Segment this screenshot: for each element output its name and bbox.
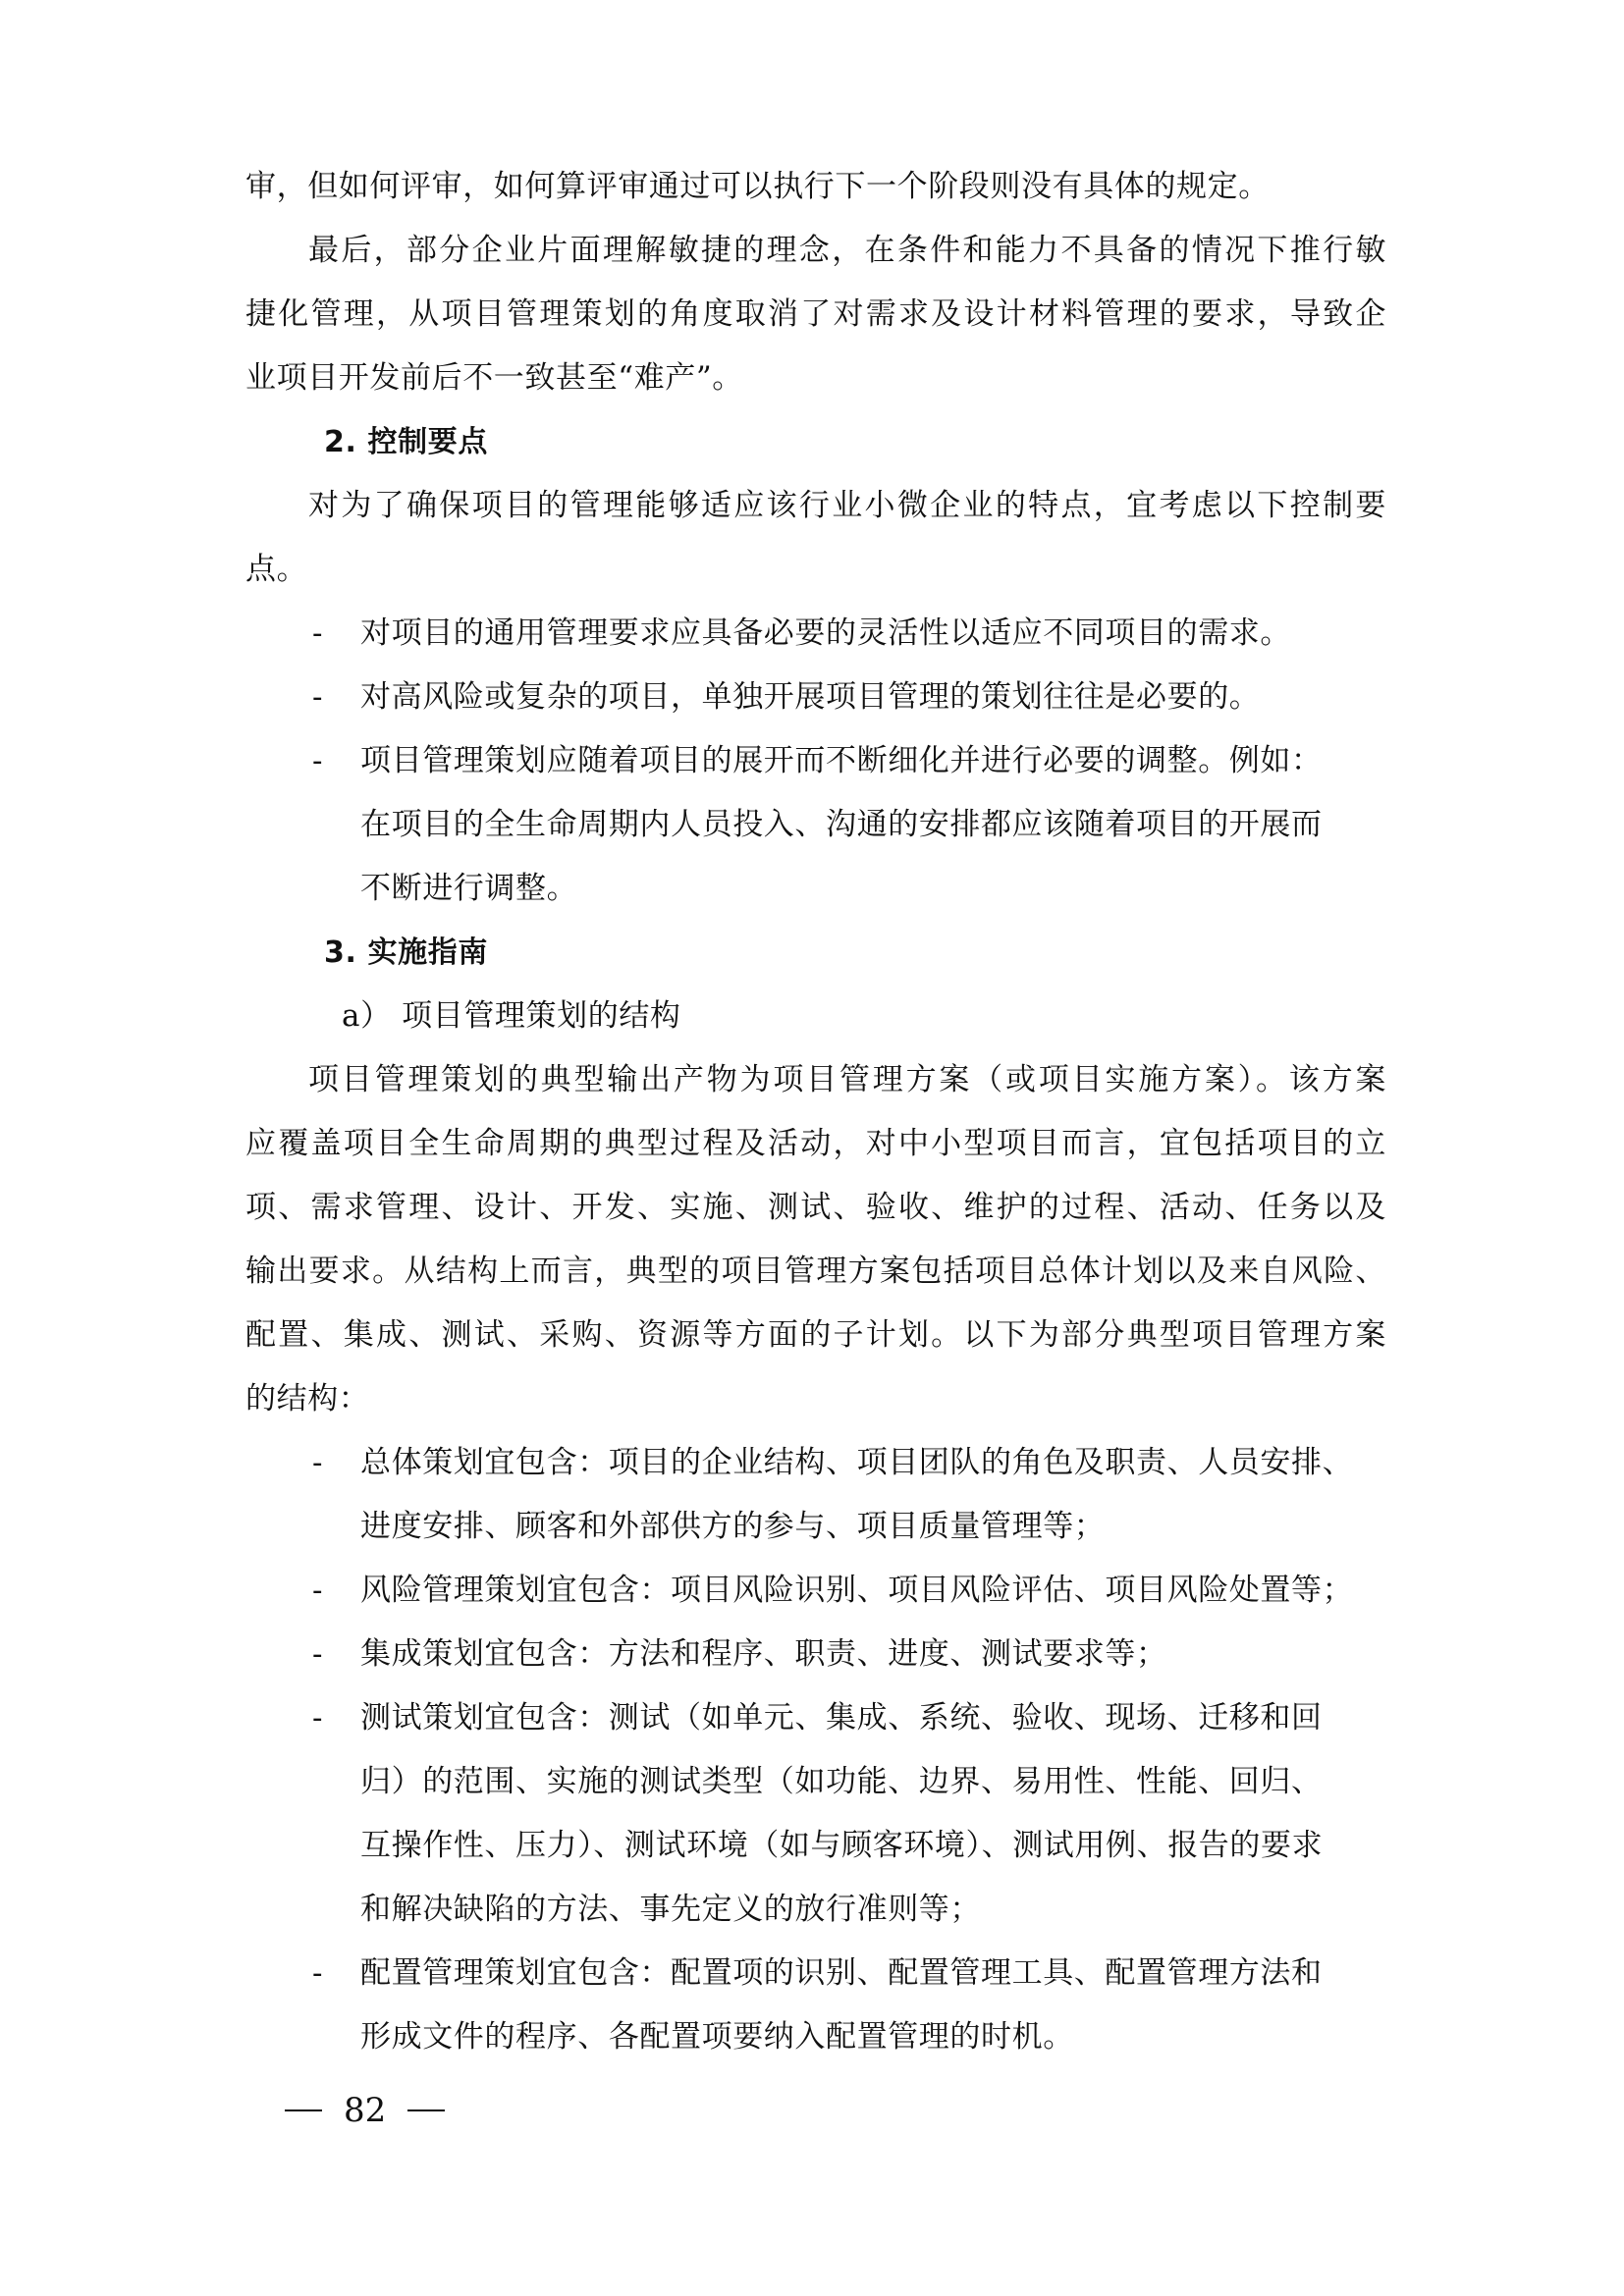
document-page: 审，但如何评审，如何算评审通过可以执行下一个阶段则没有具体的规定。 最后，部分企… bbox=[245, 155, 1386, 2069]
dash-bullet-icon: - bbox=[312, 602, 323, 666]
dash-bullet-icon: - bbox=[312, 1559, 323, 1623]
bullet-text: 风险管理策划宜包含：项目风险识别、项目风险评估、项目风险处置等； bbox=[360, 1573, 1353, 1608]
dash-bullet-icon: - bbox=[312, 666, 323, 729]
bullet-continuation: 在项目的全生命周期内人员投入、沟通的安排都应该随着项目的开展而 bbox=[245, 793, 1386, 857]
bullet-text: 测试策划宜包含：测试（如单元、集成、系统、验收、现场、迁移和回 bbox=[360, 1700, 1323, 1735]
em-dash-right-icon bbox=[407, 2109, 445, 2111]
paragraph-line: 的结构： bbox=[245, 1367, 1386, 1431]
bullet-continuation: 不断进行调整。 bbox=[245, 857, 1386, 921]
bullet-continuation: 形成文件的程序、各配置项要纳入配置管理的时机。 bbox=[245, 2005, 1386, 2069]
page-number-footer: 82 bbox=[285, 2091, 445, 2130]
bullet-continuation: 归）的范围、实施的测试类型（如功能、边界、易用性、性能、回归、 bbox=[245, 1750, 1386, 1814]
bullet-item: - 配置管理策划宜包含：配置项的识别、配置管理工具、配置管理方法和 bbox=[245, 1942, 1386, 2005]
bullet-item: - 对高风险或复杂的项目，单独开展项目管理的策划往往是必要的。 bbox=[245, 666, 1386, 729]
paragraph-continuation-line: 审，但如何评审，如何算评审通过可以执行下一个阶段则没有具体的规定。 bbox=[245, 155, 1386, 219]
bullet-item: - 对项目的通用管理要求应具备必要的灵活性以适应不同项目的需求。 bbox=[245, 602, 1386, 666]
dash-bullet-icon: - bbox=[312, 1686, 323, 1750]
bullet-item: - 测试策划宜包含：测试（如单元、集成、系统、验收、现场、迁移和回 bbox=[245, 1686, 1386, 1750]
section-heading-control-points: 2. 控制要点 bbox=[245, 410, 1386, 474]
em-dash-left-icon bbox=[285, 2109, 322, 2111]
paragraph-line: 对为了确保项目的管理能够适应该行业小微企业的特点，宜考虑以下控制要 bbox=[245, 474, 1386, 538]
bullet-text: 对项目的通用管理要求应具备必要的灵活性以适应不同项目的需求。 bbox=[360, 615, 1291, 651]
dash-bullet-icon: - bbox=[312, 729, 323, 793]
paragraph-line: 配置、集成、测试、采购、资源等方面的子计划。以下为部分典型项目管理方案 bbox=[245, 1304, 1386, 1367]
paragraph-line: 应覆盖项目全生命周期的典型过程及活动，对中小型项目而言，宜包括项目的立 bbox=[245, 1112, 1386, 1176]
dash-bullet-icon: - bbox=[312, 1623, 323, 1686]
bullet-text: 配置管理策划宜包含：配置项的识别、配置管理工具、配置管理方法和 bbox=[360, 1955, 1323, 1991]
paragraph-line: 业项目开发前后不一致甚至“难产”。 bbox=[245, 347, 1386, 410]
section-heading-implementation-guide: 3. 实施指南 bbox=[245, 921, 1386, 985]
bullet-continuation: 互操作性、压力）、测试环境（如与顾客环境）、测试用例、报告的要求 bbox=[245, 1814, 1386, 1878]
bullet-text: 总体策划宜包含：项目的企业结构、项目团队的角色及职责、人员安排、 bbox=[360, 1445, 1353, 1480]
bullet-continuation: 进度安排、顾客和外部供方的参与、项目质量管理等； bbox=[245, 1495, 1386, 1559]
bullet-continuation: 和解决缺陷的方法、事先定义的放行准则等； bbox=[245, 1878, 1386, 1942]
paragraph-line: 项、需求管理、设计、开发、实施、测试、验收、维护的过程、活动、任务以及 bbox=[245, 1176, 1386, 1240]
paragraph-line: 点。 bbox=[245, 538, 1386, 602]
dash-bullet-icon: - bbox=[312, 1942, 323, 2005]
bullet-item: - 项目管理策划应随着项目的展开而不断细化并进行必要的调整。例如： bbox=[245, 729, 1386, 793]
paragraph-line: 最后，部分企业片面理解敏捷的理念，在条件和能力不具备的情况下推行敏 bbox=[245, 219, 1386, 283]
bullet-item: - 集成策划宜包含：方法和程序、职责、进度、测试要求等； bbox=[245, 1623, 1386, 1686]
dash-bullet-icon: - bbox=[312, 1431, 323, 1495]
paragraph-line: 项目管理策划的典型输出产物为项目管理方案（或项目实施方案）。该方案 bbox=[245, 1048, 1386, 1112]
bullet-text: 对高风险或复杂的项目，单独开展项目管理的策划往往是必要的。 bbox=[360, 679, 1260, 715]
paragraph-line: 输出要求。从结构上而言，典型的项目管理方案包括项目总体计划以及来自风险、 bbox=[245, 1240, 1386, 1304]
bullet-item: - 风险管理策划宜包含：项目风险识别、项目风险评估、项目风险处置等； bbox=[245, 1559, 1386, 1623]
bullet-text: 集成策划宜包含：方法和程序、职责、进度、测试要求等； bbox=[360, 1636, 1167, 1672]
paragraph-line: 捷化管理，从项目管理策划的角度取消了对需求及设计材料管理的要求，导致企 bbox=[245, 283, 1386, 347]
bullet-text: 项目管理策划应随着项目的展开而不断细化并进行必要的调整。例如： bbox=[360, 743, 1323, 778]
bullet-item: - 总体策划宜包含：项目的企业结构、项目团队的角色及职责、人员安排、 bbox=[245, 1431, 1386, 1495]
page-number: 82 bbox=[344, 2091, 386, 2130]
subsection-heading: a） 项目管理策划的结构 bbox=[245, 985, 1386, 1048]
